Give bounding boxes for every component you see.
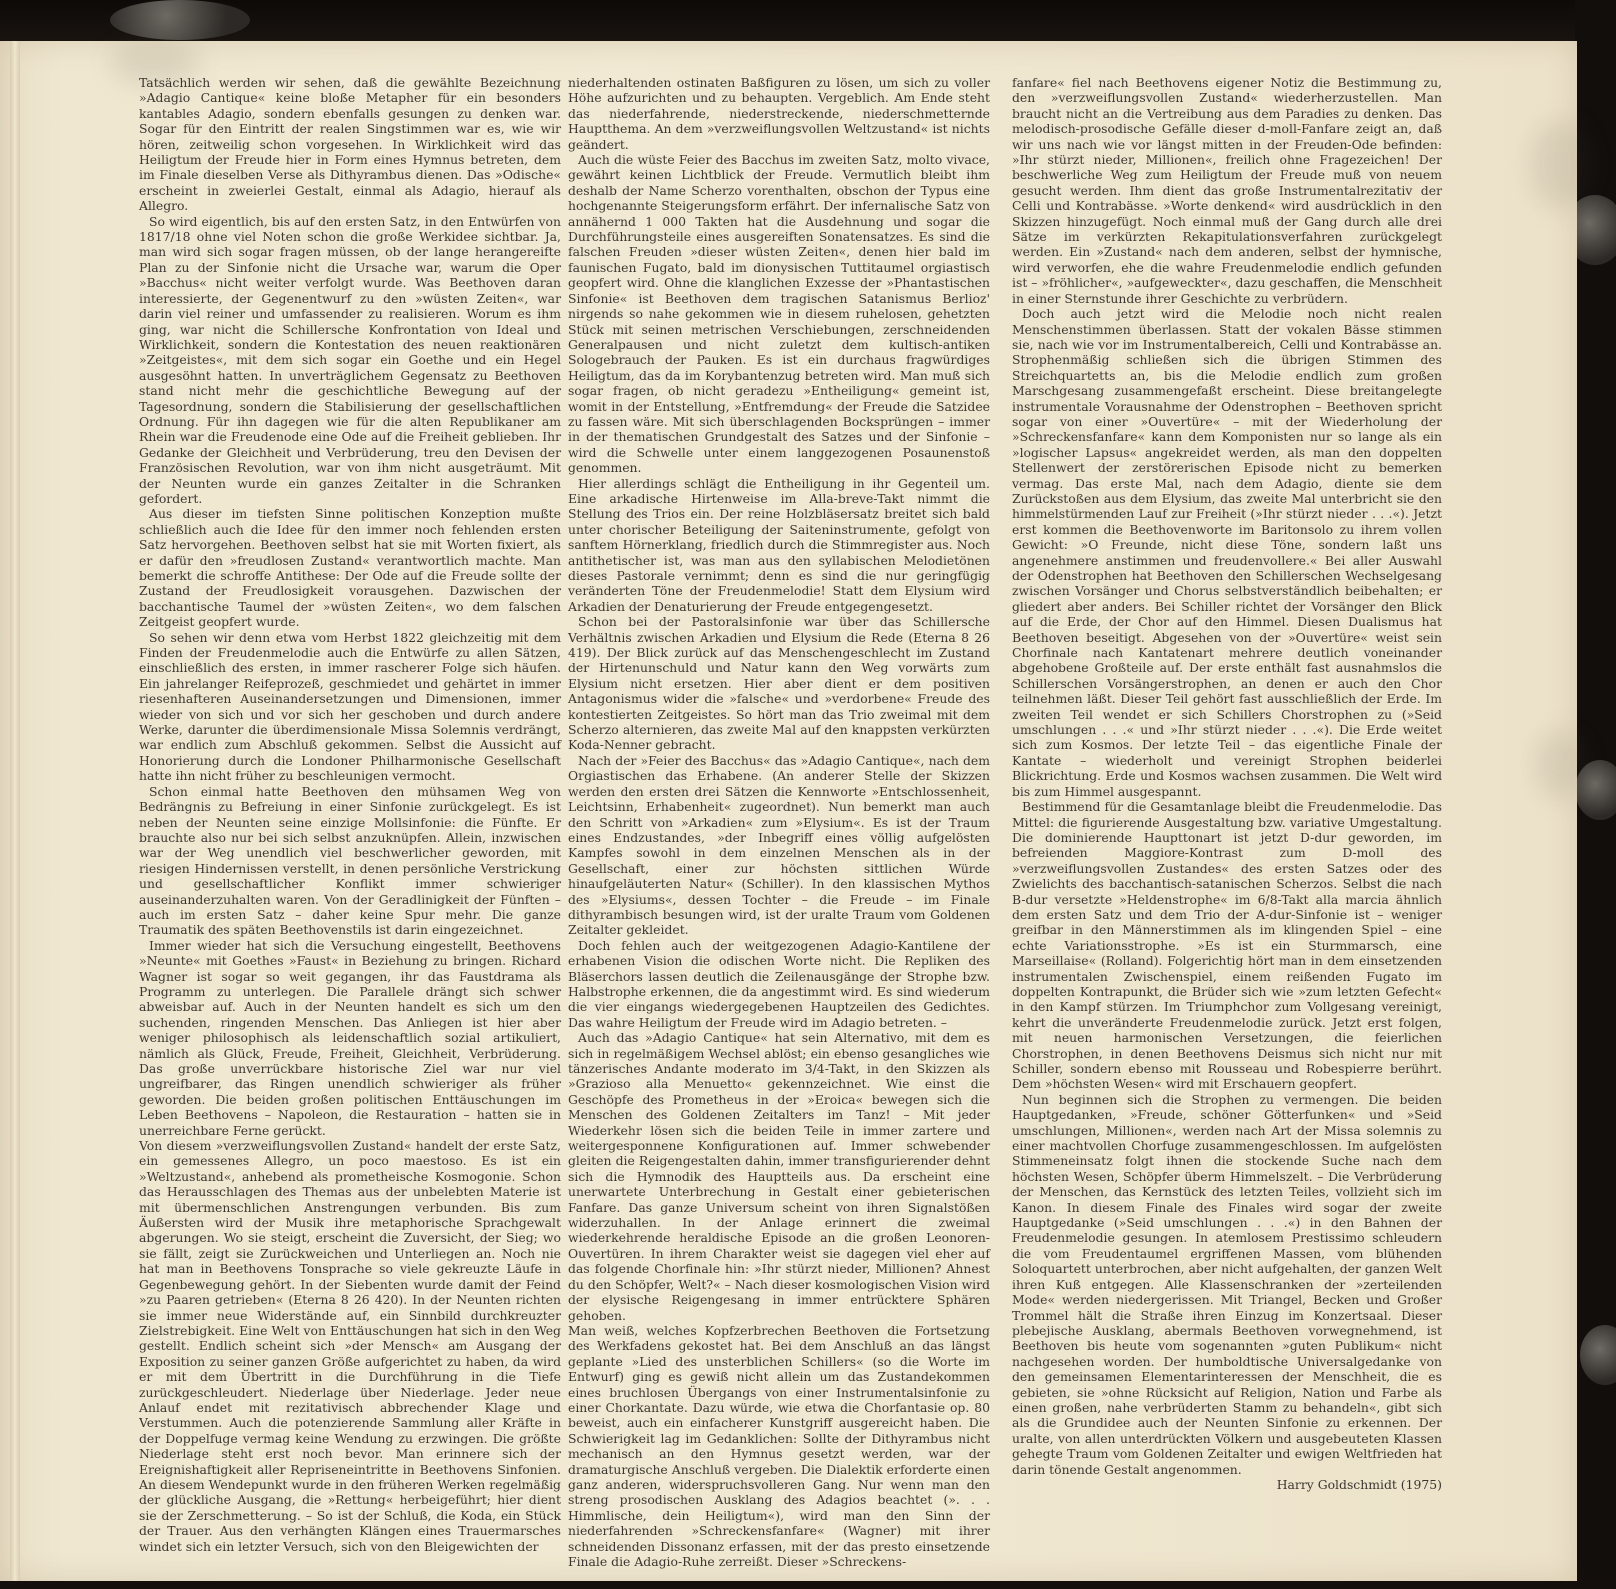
paragraph: Tatsächlich werden wir sehen, daß die ge… bbox=[139, 75, 561, 214]
paragraph: Schon einmal hatte Beethoven den mühsame… bbox=[139, 784, 561, 938]
author-signature: Harry Goldschmidt (1975) bbox=[1012, 1477, 1442, 1492]
paragraph: Doch fehlen auch der weitgezogenen Adagi… bbox=[568, 938, 990, 1030]
paragraph: Man weiß, welches Kopfzerbrechen Beethov… bbox=[568, 1323, 990, 1570]
paragraph: Auch die wüste Feier des Bacchus im zwei… bbox=[568, 152, 990, 476]
paragraph: Auch das »Adagio Cantique« hat sein Alte… bbox=[568, 1030, 990, 1323]
paragraph: fanfare« fiel nach Beethovens eigener No… bbox=[1012, 75, 1442, 306]
text-column-3: fanfare« fiel nach Beethovens eigener No… bbox=[1012, 75, 1442, 1492]
paragraph: Nach der »Feier des Bacchus« das »Adagio… bbox=[568, 753, 990, 938]
paragraph: Von diesem »verzweiflungsvollen Zustand«… bbox=[139, 1138, 561, 1554]
clamp-knob bbox=[110, 0, 250, 40]
shadow bbox=[1530, 120, 1590, 210]
text-column-1: Tatsächlich werden wir sehen, daß die ge… bbox=[139, 75, 561, 1554]
paragraph: Immer wieder hat sich die Versuchung ein… bbox=[139, 938, 561, 1138]
paragraph: niederhaltenden ostinaten Baßfiguren zu … bbox=[568, 75, 990, 152]
text-column-2: niederhaltenden ostinaten Baßfiguren zu … bbox=[568, 75, 990, 1569]
paragraph: Doch auch jetzt wird die Melodie noch ni… bbox=[1012, 306, 1442, 799]
sleeve-spine bbox=[10, 41, 20, 1581]
paragraph: So wird eigentlich, bis auf den ersten S… bbox=[139, 214, 561, 507]
paragraph: Bestimmend für die Gesamtanlage bleibt d… bbox=[1012, 799, 1442, 1092]
paragraph: Aus dieser im tiefsten Sinne politischen… bbox=[139, 506, 561, 629]
paragraph: Hier allerdings schlägt die Entheiligung… bbox=[568, 476, 990, 615]
paragraph: Nun beginnen sich die Strophen zu vermen… bbox=[1012, 1092, 1442, 1477]
shadow bbox=[1535, 730, 1585, 800]
paragraph: Schon bei der Pastoralsinfonie war über … bbox=[568, 614, 990, 753]
paragraph: So sehen wir denn etwa vom Herbst 1822 g… bbox=[139, 630, 561, 784]
